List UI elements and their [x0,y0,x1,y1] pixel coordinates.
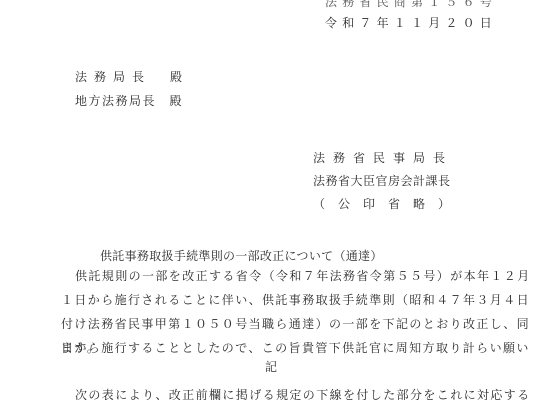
addressee-legal-affairs-bureau: 法務局長 殿 [75,68,189,85]
sender-accounts-division-director: 法務省大臣官房会計課長 [313,172,451,189]
body-line: １日から施行されることに伴い、供託事務取扱手続準則（昭和４７年３月４日 [61,291,530,308]
table-intro-line: 次の表により、改正前欄に掲げる規定の下線を付した部分をこれに対応する [75,386,531,400]
body-line: 付け法務省民事甲第１０５０号当職ら通達）の一部を下記のとおり改正し、同 [61,315,530,332]
ki-heading: 記 [265,358,277,375]
document-number: 法務省民商第１５６号 [325,0,497,10]
issue-date: 令和７年１１月２０日 [325,14,497,31]
body-line-last: ます。 [61,339,100,356]
addressee-district-bureau: 地方法務局長 殿 [75,92,183,109]
body-line: 供託規則の一部を改正する省令（令和７年法務省令第５５号）が本年１２月 [75,267,531,284]
sender-civil-affairs-director: 法務省民事局長 [313,149,453,166]
document-subject: 供託事務取扱手続準則の一部改正について（通達） [100,247,383,264]
body-line: 日から施行することとしたので、この旨貴管下供託官に周知方取り計らい願い [61,339,530,356]
seal-omitted-note: （公印省略） [313,195,463,212]
